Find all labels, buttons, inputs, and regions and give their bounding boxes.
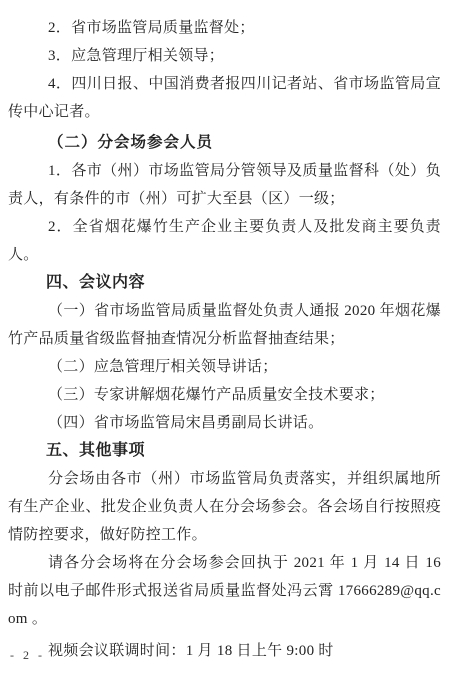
list-item-main-venue-2: 2．省市场监管局质量监督处； [8,14,441,42]
document-page: 2．省市场监管局质量监督处； 3．应急管理厅相关领导； 4．四川日报、中国消费者… [0,0,451,676]
section-heading-meeting-content: 四、会议内容 [8,269,441,297]
list-item-content-3: （三）专家讲解烟花爆竹产品质量安全技术要求； [8,381,441,409]
list-item-main-venue-3: 3．应急管理厅相关领导； [8,42,441,70]
paragraph-receipt-email: 请各分会场将在分会场参会回执于 2021 年 1 月 14 日 16 时前以电子… [8,549,441,633]
paragraph-branch-responsibility: 分会场由各市（州）市场监管局负责落实，并组织属地所有生产企业、批发企业负责人在分… [8,465,441,549]
list-item-content-2: （二）应急管理厅相关领导讲话； [8,353,441,381]
list-item-main-venue-4: 4．四川日报、中国消费者报四川记者站、省市场监管局宣传中心记者。 [8,70,441,126]
section-heading-other-matters: 五、其他事项 [8,437,441,465]
page-number: - 2 - [10,648,45,663]
list-item-branch-attendees-1: 1．各市（州）市场监管局分管领导及质量监督科（处）负责人，有条件的市（州）可扩大… [8,157,441,213]
paragraph-video-test-time: 视频会议联调时间：1 月 18 日上午 9:00 时 [8,637,441,665]
list-item-branch-attendees-2: 2．全省烟花爆竹生产企业主要负责人及批发商主要负责人。 [8,213,441,269]
list-item-content-4: （四）省市场监管局宋昌勇副局长讲话。 [8,409,441,437]
list-item-content-1: （一）省市场监管局质量监督处负责人通报 2020 年烟花爆竹产品质量省级监督抽查… [8,297,441,353]
subsection-heading-branch-attendees: （二）分会场参会人员 [8,129,441,157]
